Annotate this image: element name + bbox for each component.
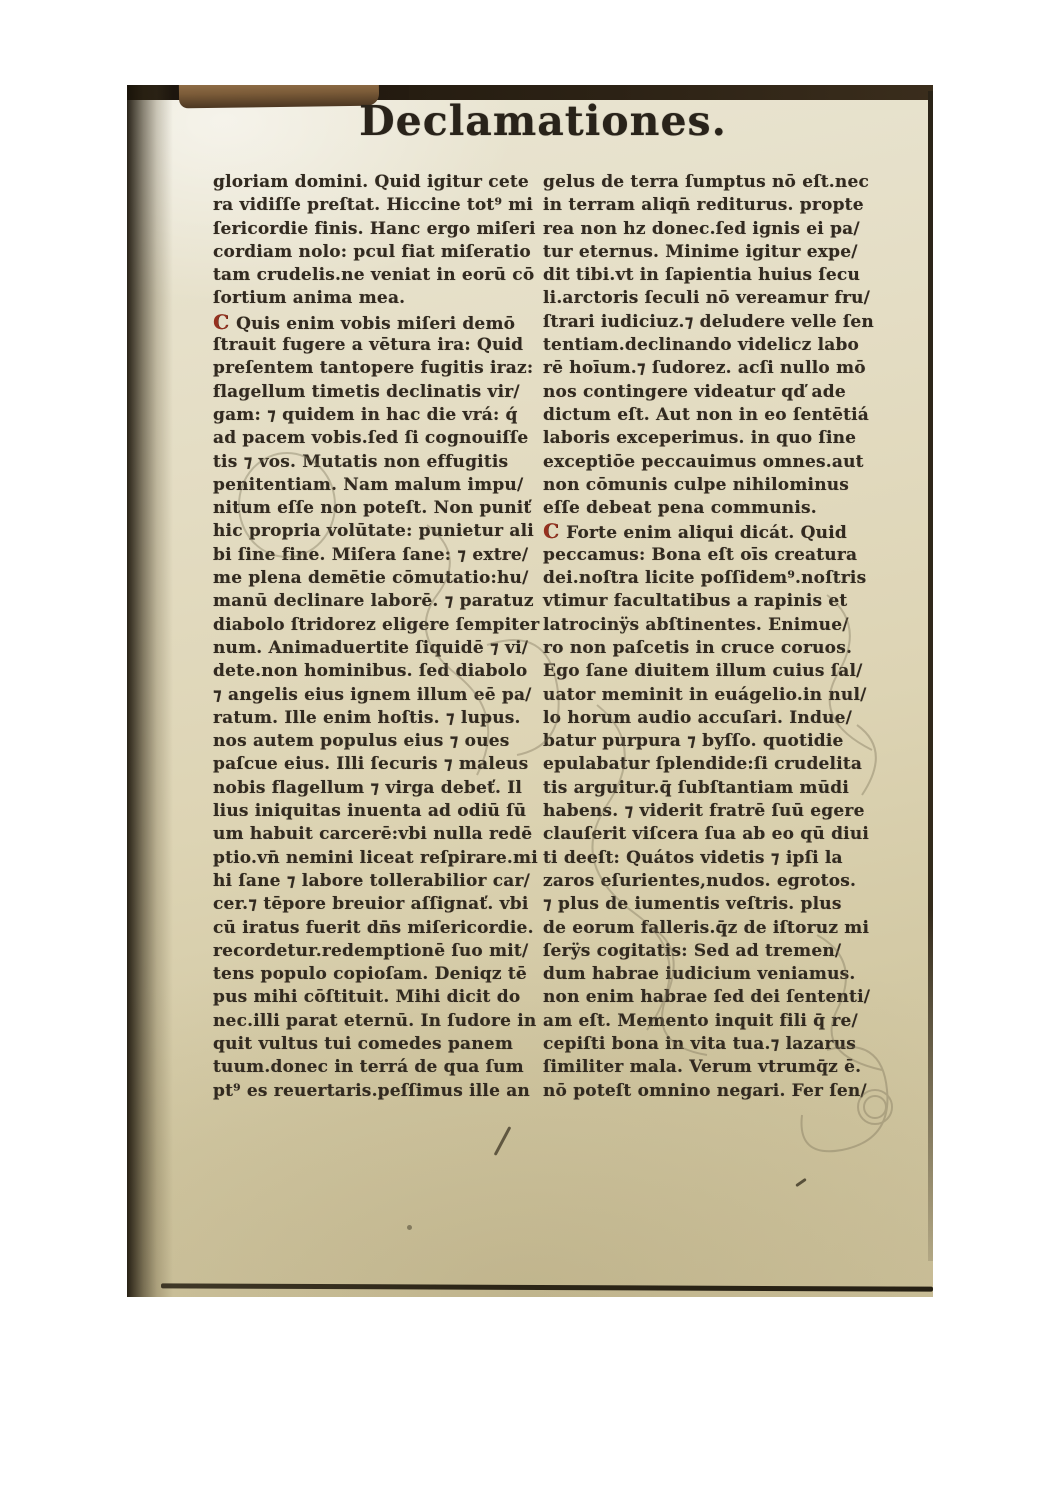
text-line: cepiſti bona in vita tua.⁊ lazarus bbox=[543, 1033, 875, 1056]
text-line: laboris exceperimus. in quo ſine bbox=[543, 427, 875, 450]
text-column-left: gloriam domini. Quid igitur cetera vidiſ… bbox=[213, 171, 539, 1103]
text-line: quit vultus tui comedes panem bbox=[213, 1033, 539, 1056]
text-line: zaros eſurientes,nudos. egrotos. bbox=[543, 870, 875, 893]
text-line: flagellum timetis declinatis vir/ bbox=[213, 381, 539, 404]
text-line: gam: ⁊ quidem in hac die vrá: q́ bbox=[213, 404, 539, 427]
text-line: in terram aliqn̄ rediturus. propte bbox=[543, 194, 875, 217]
ink-speck bbox=[795, 1178, 807, 1187]
text-line: preſentem tantopere fugitis iraz: bbox=[213, 357, 539, 380]
text-line: ſtrari iudiciuz.⁊ deludere velle ſen bbox=[543, 311, 875, 334]
text-line: latrocinÿs abſtinentes. Enimue/ bbox=[543, 614, 875, 637]
page-bottom-edge bbox=[161, 1283, 933, 1291]
text-line: nos contingere videatur qď ade bbox=[543, 381, 875, 404]
text-line: tentiam.declinando videlicz labo bbox=[543, 334, 875, 357]
text-line: ſimiliter mala. Verum vtrumq̄z ē. bbox=[543, 1056, 875, 1079]
text-line: habens. ⁊ viderit fratrē ſuū egere bbox=[543, 800, 875, 823]
text-line: diabolo ſtridorez eligere ſempiter bbox=[213, 614, 539, 637]
text-line: tuum.donec in terrá de qua ſum bbox=[213, 1056, 539, 1079]
text-line: lius iniquitas inuenta ad odiū ſū bbox=[213, 800, 539, 823]
text-line: ra vidiſſe preſtat. Hiccine tot⁹ mi bbox=[213, 194, 539, 217]
text-line: exceptiōe peccauimus omnes.aut bbox=[543, 451, 875, 474]
text-line: paſcue eius. Illi ſecuris ⁊ maleus bbox=[213, 753, 539, 776]
book-page-photo: Declamationes. gloriam domini. Quid igit… bbox=[127, 85, 933, 1297]
text-line: tur eternus. Minime igitur expe/ bbox=[543, 241, 875, 264]
text-line: tis arguitur.q̄ ſubſtantiam mūdi bbox=[543, 777, 875, 800]
text-line: dete.non hominibus. ſed diabolo bbox=[213, 660, 539, 683]
text-line: non cōmunis culpe nihilominus bbox=[543, 474, 875, 497]
text-line: epulabatur ſplendide:ſi crudelita bbox=[543, 753, 875, 776]
text-line: hic propria volūtate: punietur ali bbox=[213, 520, 539, 543]
text-line: nobis flagellum ⁊ virga debeť. Il bbox=[213, 777, 539, 800]
text-line: CQuis enim vobis miſeri demō bbox=[213, 311, 539, 334]
text-line: de eorum falleris.q̄z de iſtoruz mi bbox=[543, 917, 875, 940]
text-line: ⁊ angelis eius ignem illum eē pa/ bbox=[213, 684, 539, 707]
text-line: nos autem populus eius ⁊ oues bbox=[213, 730, 539, 753]
text-line: ro non paſcetis in cruce coruos. bbox=[543, 637, 875, 660]
text-line: um habuit carcerē:vbi nulla redē bbox=[213, 823, 539, 846]
text-line: penitentiam. Nam malum impu/ bbox=[213, 474, 539, 497]
text-line: nec.illi parat eternū. In ſudore in bbox=[213, 1010, 539, 1033]
paper-stain-dot bbox=[407, 1225, 412, 1230]
text-line: num. Animaduertite ſiquidē ⁊ vi/ bbox=[213, 637, 539, 660]
text-line: gelus de terra ſumptus nō eſt.nec bbox=[543, 171, 875, 194]
text-line: dit tibi.vt in ſapientia huius ſecu bbox=[543, 264, 875, 287]
text-line: batur purpura ⁊ byſſo. quotidie bbox=[543, 730, 875, 753]
text-line: Ego ſane diuitem illum cuius ſal/ bbox=[543, 660, 875, 683]
text-line: cordiam nolo: pcul fiat miſeratio bbox=[213, 241, 539, 264]
text-line: manū declinare laborē. ⁊ paratuz bbox=[213, 590, 539, 613]
text-line: li.arctoris ſeculi nō vereamur fru/ bbox=[543, 287, 875, 310]
ink-slash-mark bbox=[494, 1126, 512, 1156]
text-line: peccamus: Bona eſt oīs creatura bbox=[543, 544, 875, 567]
text-line: tis ⁊ vos. Mutatis non effugitis bbox=[213, 451, 539, 474]
text-line: uator meminit in euágelio.in nul/ bbox=[543, 684, 875, 707]
text-line: clauſerit viſcera ſua ab eo qū diui bbox=[543, 823, 875, 846]
text-line: nitum eſſe non poteſt. Non puniť bbox=[213, 497, 539, 520]
text-line: vtimur facultatibus a rapinis et bbox=[543, 590, 875, 613]
text-line: pt⁹ es reuertaris.peſſimus ille an bbox=[213, 1080, 539, 1103]
text-line: dum habrae iudicium veniamus. bbox=[543, 963, 875, 986]
text-line: cū iratus fuerit dn̄s miſericordie. bbox=[213, 917, 539, 940]
text-line: eſſe debeat pena communis. bbox=[543, 497, 875, 520]
text-line: am eſt. Memento inquit fili q̄ re/ bbox=[543, 1010, 875, 1033]
text-line: ptio.vn̄ nemini liceat reſpirare.mi bbox=[213, 847, 539, 870]
text-line: tam crudelis.ne veniat in eorū cō bbox=[213, 264, 539, 287]
text-line: me plena demētie cōmutatio:hu/ bbox=[213, 567, 539, 590]
text-line: ti deeſt: Quátos videtis ⁊ ipſi la bbox=[543, 847, 875, 870]
paper-stain-dot bbox=[652, 1065, 656, 1069]
text-column-right: gelus de terra ſumptus nō eſt.necin terr… bbox=[543, 171, 875, 1103]
text-line: lo horum audio accuſari. Indue/ bbox=[543, 707, 875, 730]
text-line: ⁊ plus de iumentis veſtris. plus bbox=[543, 893, 875, 916]
text-line: CForte enim aliqui dicát. Quid bbox=[543, 520, 875, 543]
text-line: ſortium anima mea. bbox=[213, 287, 539, 310]
text-line: cer.⁊ tēpore breuior aſſignať. vbi bbox=[213, 893, 539, 916]
text-line: non enim habrae ſed dei ſententi/ bbox=[543, 986, 875, 1009]
text-line: rea non hz donec.ſed ignis ei pa/ bbox=[543, 218, 875, 241]
text-line: ſericordie finis. Hanc ergo miſeri bbox=[213, 218, 539, 241]
text-line: ad pacem vobis.ſed ſi cognouiſſe bbox=[213, 427, 539, 450]
rubricated-initial: C bbox=[213, 310, 229, 334]
text-line: recordetur.redemptionē ſuo mit/ bbox=[213, 940, 539, 963]
text-line: dei.noſtra licite poſſidem⁹.noſtris bbox=[543, 567, 875, 590]
page-title: Declamationes. bbox=[127, 97, 933, 145]
rubricated-initial: C bbox=[543, 519, 559, 543]
text-line: pus mihi cōſtituit. Mihi dicit do bbox=[213, 986, 539, 1009]
text-line: dictum eſt. Aut non in eo ſentētiá bbox=[543, 404, 875, 427]
text-line: rē hoīum.⁊ ſudorez. acſi nullo mō bbox=[543, 357, 875, 380]
page-right-edge bbox=[928, 91, 933, 1261]
gutter-shadow bbox=[127, 85, 173, 1297]
text-line: tens populo copioſam. Deniqz tē bbox=[213, 963, 539, 986]
text-line: nō poteſt omnino negari. Fer ſen/ bbox=[543, 1080, 875, 1103]
text-line: hi ſane ⁊ labore tollerabilior car/ bbox=[213, 870, 539, 893]
text-line: ratum. Ille enim hoſtis. ⁊ lupus. bbox=[213, 707, 539, 730]
text-line: bi ſine fine. Miſera ſane: ⁊ extre/ bbox=[213, 544, 539, 567]
text-line: ſerÿs cogitatis: Sed ad tremen/ bbox=[543, 940, 875, 963]
text-line: gloriam domini. Quid igitur cete bbox=[213, 171, 539, 194]
text-line: ſtrauit fugere a vētura ira: Quid bbox=[213, 334, 539, 357]
